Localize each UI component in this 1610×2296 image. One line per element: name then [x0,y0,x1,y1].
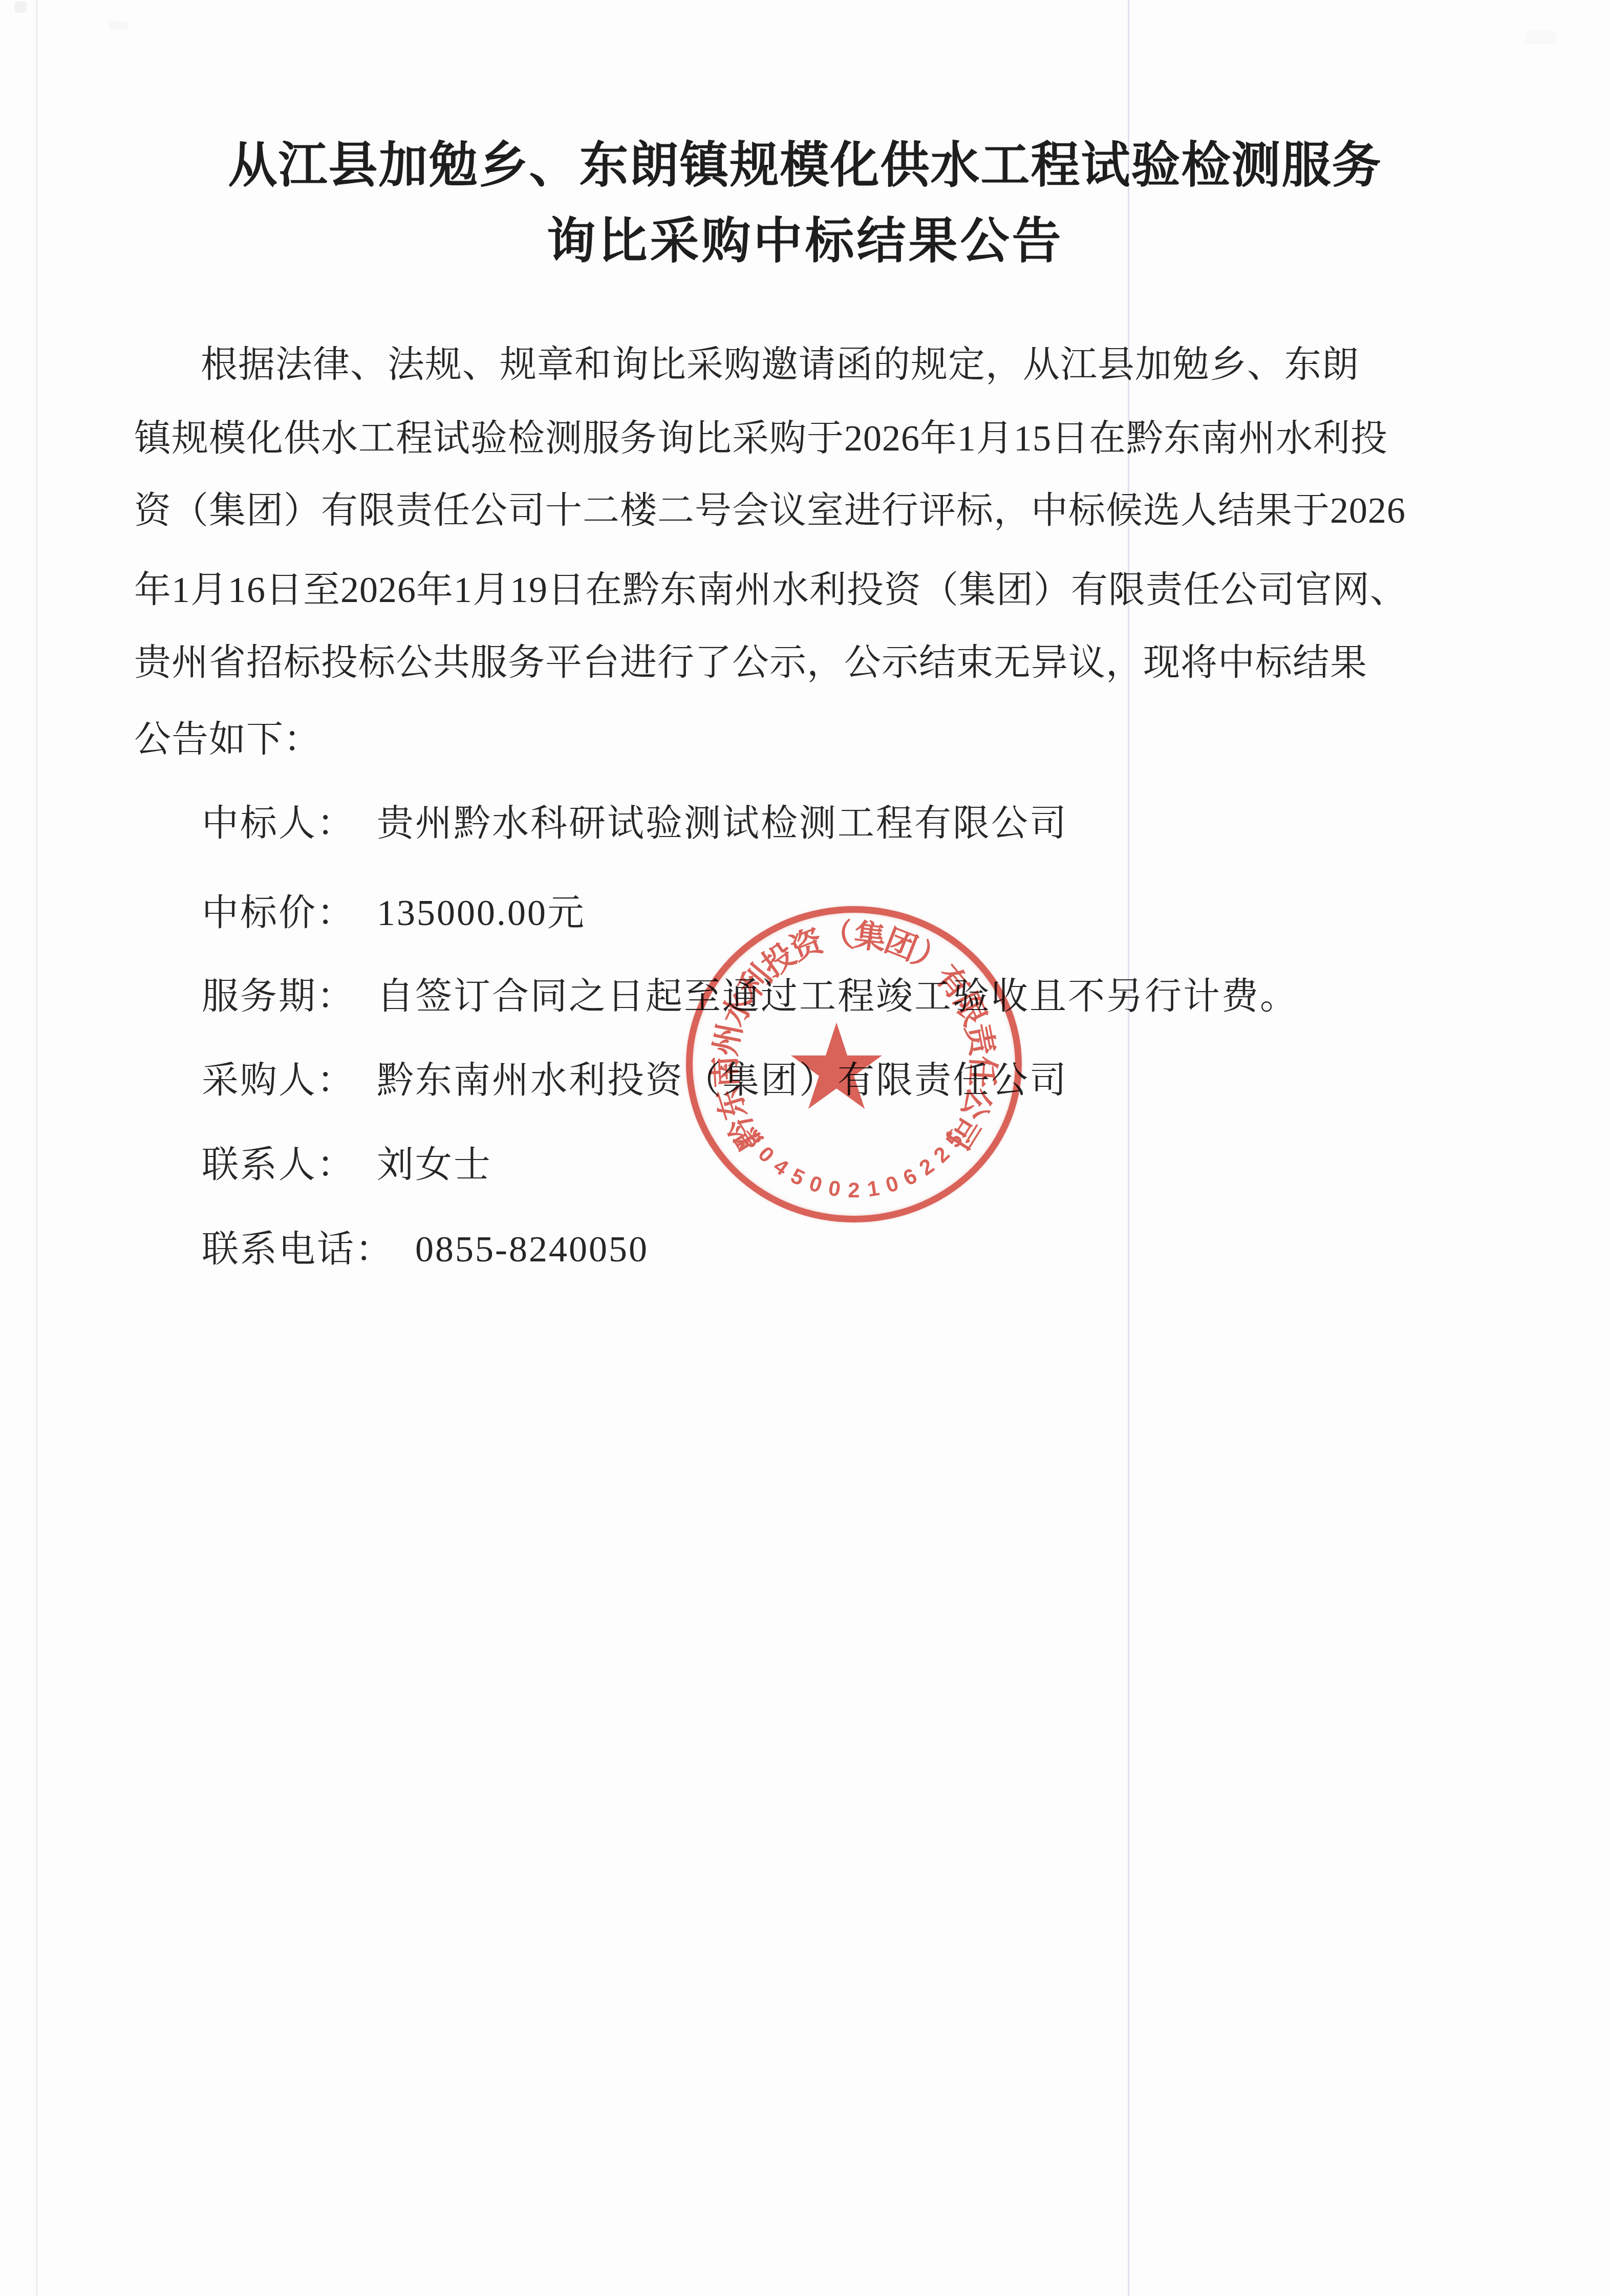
scan-smudge [1526,31,1556,44]
contact-person-value: 刘女士 [377,1144,492,1185]
paragraph-line: 公告如下： [134,721,321,758]
purchaser-label: 采购人： [202,1060,355,1101]
winner-value: 贵州黔水科研试验测试检测工程有限公司 [377,803,1068,844]
bid-price-label: 中标价： [202,892,355,933]
contact-phone-row: 联系电话：0855-8240050 [202,1231,649,1268]
paragraph-line: 贵州省招标投标公共服务平台进行了公示，公示结束无异议，现将中标结果 [134,644,1367,681]
official-seal: 黔东南州水利投资（集团）有限责任公司 5226012005408 ★ [686,906,1022,1222]
winner-row: 中标人：贵州黔水科研试验测试检测工程有限公司 [202,805,1068,842]
bid-price-row: 中标价：135000.00元 [202,894,586,931]
paragraph-line: 年1月16日至2026年1月19日在黔东南州水利投资（集团）有限责任公司官网、 [134,571,1407,608]
document-title-line2: 询比采购中标结果公告 [0,212,1610,270]
contact-person-row: 联系人：刘女士 [202,1146,492,1183]
document-title-line1: 从江县加勉乡、东朗镇规模化供水工程试验检测服务 [0,136,1610,194]
service-period-label: 服务期： [202,976,355,1017]
winner-label: 中标人： [202,803,355,844]
star-icon: ★ [783,1008,890,1127]
bid-price-value: 135000.00元 [377,892,586,933]
paragraph-line: 资（集团）有限责任公司十二楼二号会议室进行评标，中标候选人结果于2026 [134,492,1406,529]
contact-phone-label: 联系电话： [202,1229,394,1270]
contact-phone-value: 0855-8240050 [415,1229,649,1270]
paragraph-line: 镇规模化供水工程试验检测服务询比采购于2026年1月15日在黔东南州水利投 [134,420,1388,457]
scan-smudge [109,22,128,30]
document-page: 从江县加勉乡、东朗镇规模化供水工程试验检测服务 询比采购中标结果公告 根据法律、… [0,0,1610,2296]
contact-person-label: 联系人： [202,1144,355,1185]
scan-smudge [14,2,27,13]
paragraph-line: 根据法律、法规、规章和询比采购邀请函的规定，从江县加勉乡、东朗 [201,346,1359,383]
scan-artifact-line-left [36,0,38,2296]
